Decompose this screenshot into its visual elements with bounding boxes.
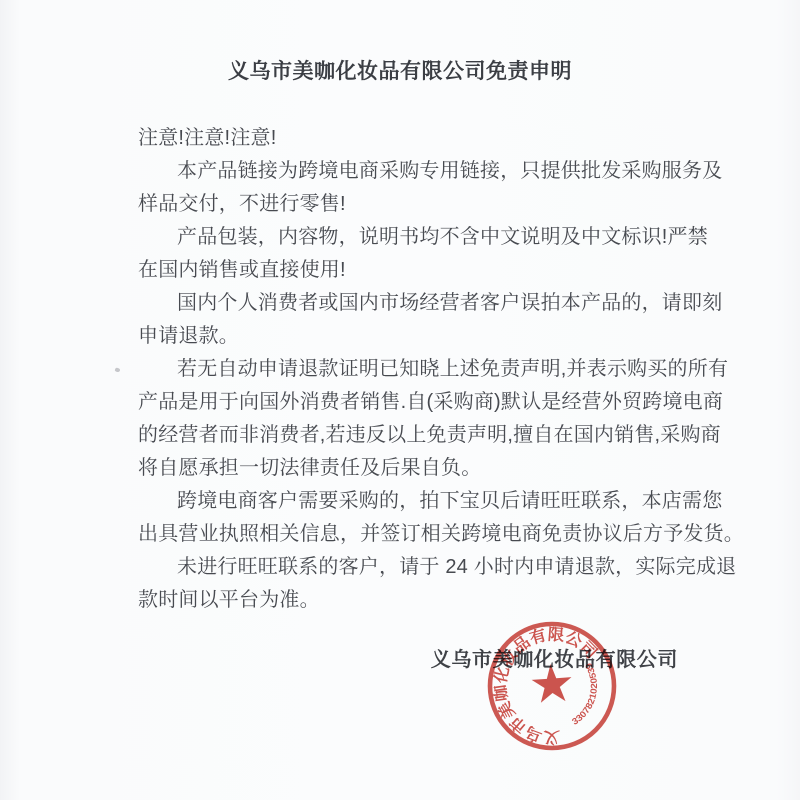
- company-seal: 义乌市美咖化妆品有限公司 3307821020539: [472, 606, 632, 766]
- body-line: 出具营业执照相关信息，并签订相关跨境电商免责协议后方予发货。: [138, 518, 718, 551]
- body-line: 样品交付，不进行零售!: [138, 188, 718, 221]
- scan-artifact: [114, 367, 120, 373]
- body-text: 注意!注意!注意! 本产品链接为跨境电商采购专用链接，只提供批发采购服务及 样品…: [138, 122, 718, 617]
- body-line: 国内个人消费者或国内市场经营者客户误拍本产品的，请即刻: [138, 287, 718, 320]
- body-line: 跨境电商客户需要采购的，拍下宝贝后请旺旺联系，本店需您: [138, 485, 718, 518]
- document-page: 义乌市美咖化妆品有限公司免责申明 注意!注意!注意! 本产品链接为跨境电商采购专…: [0, 0, 800, 800]
- body-line: 若无自动申请退款证明已知晓上述免责声明,并表示购买的所有: [138, 353, 718, 386]
- seal-registration-number: 3307821020539: [570, 661, 599, 727]
- document-title: 义乌市美咖化妆品有限公司免责申明: [0, 55, 800, 85]
- body-line: 在国内销售或直接使用!: [138, 254, 718, 287]
- body-line: 产品是用于向国外消费者销售.自(采购商)默认是经营外贸跨境电商: [138, 386, 718, 419]
- body-line: 未进行旺旺联系的客户，请于 24 小时内申请退款，实际完成退: [138, 551, 718, 584]
- body-line: 将自愿承担一切法律责任及后果自负。: [138, 452, 718, 485]
- body-line: 本产品链接为跨境电商采购专用链接，只提供批发采购服务及: [138, 155, 718, 188]
- body-line: 注意!注意!注意!: [138, 122, 718, 155]
- seal-star-icon: [531, 663, 573, 704]
- body-line: 产品包装，内容物，说明书均不含中文说明及中文标识!严禁: [138, 221, 718, 254]
- body-line: 的经营者而非消费者,若违反以上免责声明,擅自在国内销售,采购商: [138, 419, 718, 452]
- body-line: 申请退款。: [138, 320, 718, 353]
